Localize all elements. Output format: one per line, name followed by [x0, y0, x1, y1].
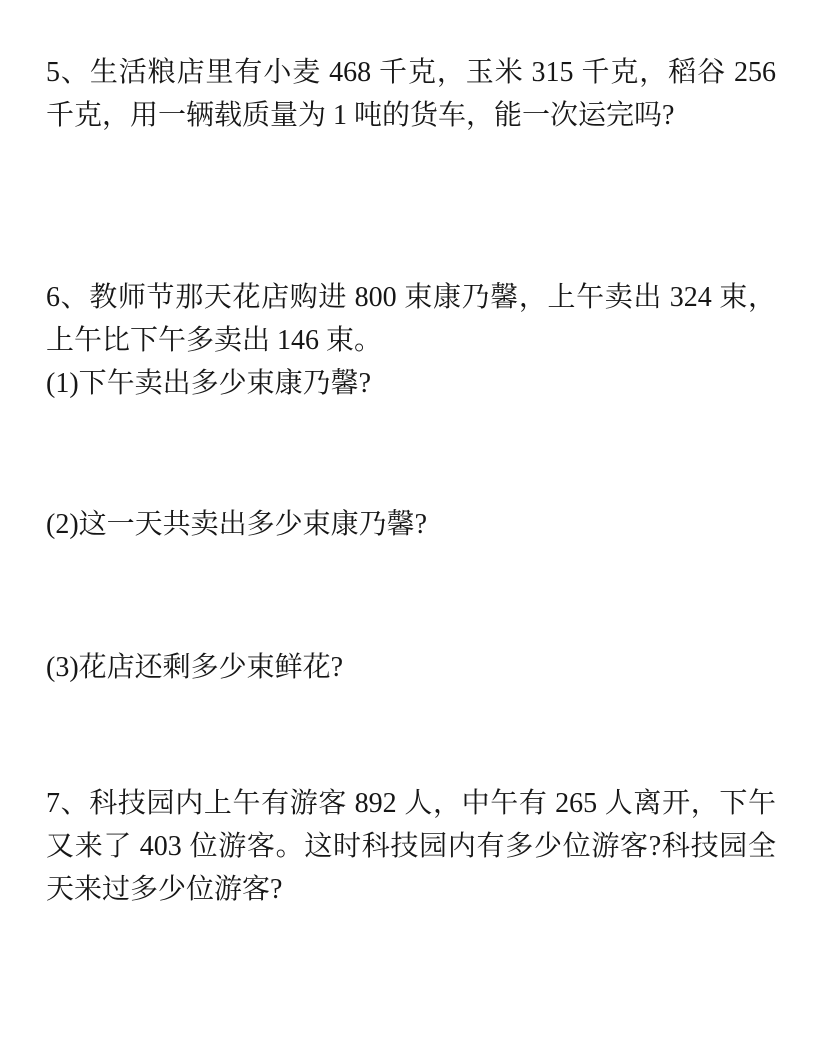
problem-6-question-2: (2)这一天共卖出多少束康乃馨? [46, 503, 776, 546]
problem-5: 5、生活粮店里有小麦 468 千克，玉米 315 千克，稻谷 256 千克，用一… [46, 51, 776, 137]
problem-7: 7、科技园内上午有游客 892 人，中午有 265 人离开，下午又来了 403 … [46, 782, 776, 911]
problem-6-text: 6、教师节那天花店购进 800 束康乃馨，上午卖出 324 束，上午比下午多卖出… [46, 276, 776, 362]
worksheet-page: 5、生活粮店里有小麦 468 千克，玉米 315 千克，稻谷 256 千克，用一… [0, 0, 816, 1056]
problem-6: 6、教师节那天花店购进 800 束康乃馨，上午卖出 324 束，上午比下午多卖出… [46, 276, 776, 405]
problem-6-question-2-row: (2)这一天共卖出多少束康乃馨? [46, 503, 776, 546]
problem-6-question-3-row: (3)花店还剩多少束鲜花? [46, 646, 776, 689]
problem-7-text: 7、科技园内上午有游客 892 人，中午有 265 人离开，下午又来了 403 … [46, 782, 776, 911]
problem-6-question-1: (1)下午卖出多少束康乃馨? [46, 362, 776, 405]
problem-5-text: 5、生活粮店里有小麦 468 千克，玉米 315 千克，稻谷 256 千克，用一… [46, 51, 776, 137]
problem-6-question-3: (3)花店还剩多少束鲜花? [46, 646, 776, 689]
